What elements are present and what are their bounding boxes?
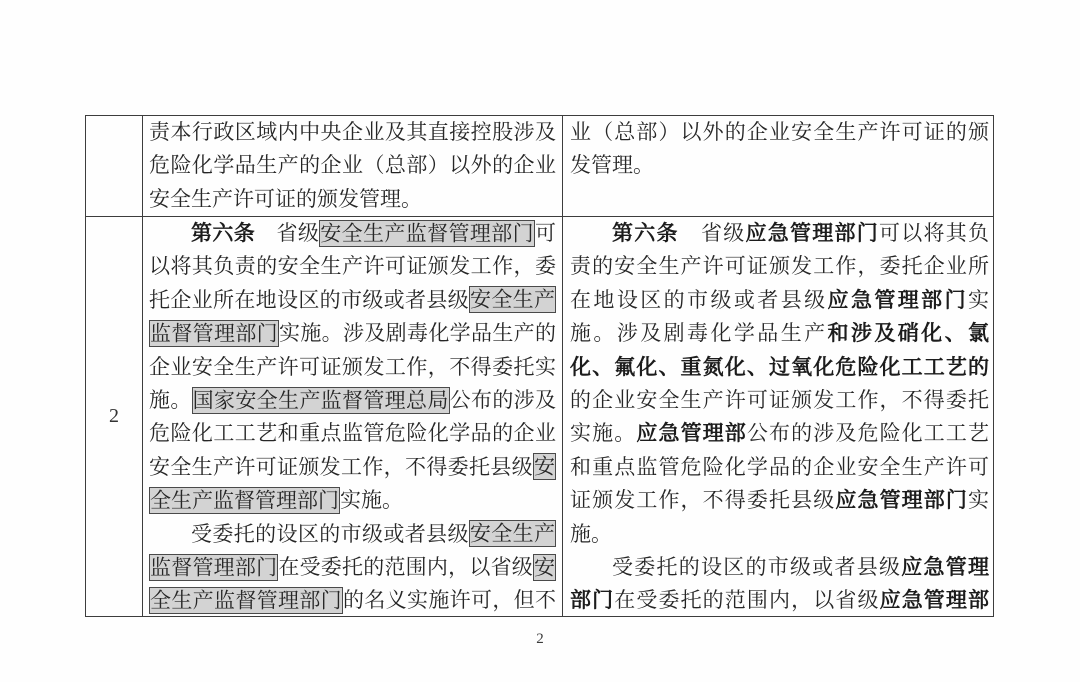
document-page: 责本行政区域内中央企业及其直接控股涉及危险化学品生产的企业（总部）以外的企业安全… — [0, 0, 1080, 682]
comparison-table: 责本行政区域内中央企业及其直接控股涉及危险化学品生产的企业（总部）以外的企业安全… — [85, 115, 994, 617]
highlighted-term: 安全生产监督管理部门 — [319, 220, 535, 247]
row-number-cell — [86, 116, 143, 216]
table-row: 2 第六条 省级安全生产监督管理部门可以将其负责的安全生产许可证颁发工作，委托企… — [86, 217, 993, 616]
bold-term: 第六条 — [191, 222, 255, 245]
paragraph: 责本行政区域内中央企业及其直接控股涉及危险化学品生产的企业（总部）以外的企业安全… — [149, 116, 556, 216]
text-segment: 受委托的设区的市级或者县级 — [612, 555, 901, 579]
new-regulation-text-cell: 第六条 省级应急管理部门可以将其负责的安全生产许可证颁发工作，委托企业所在地设区… — [563, 217, 993, 616]
bold-term: 应急管理部 — [636, 422, 747, 445]
text-segment: 省级 — [255, 221, 319, 245]
text-segment: 省级 — [679, 221, 746, 245]
bold-term: 应急管理部门 — [835, 489, 968, 512]
text-segment: 在受委托的范围内，以省级 — [614, 588, 879, 612]
old-regulation-text-cell: 第六条 省级安全生产监督管理部门可以将其负责的安全生产许可证颁发工作，委托企业所… — [143, 217, 563, 616]
paragraph: 受委托的设区的市级或者县级应急管理部门在受委托的范围内，以省级应急管理部门的名义… — [570, 551, 989, 616]
text-segment: 业（总部）以外的企业安全生产许可证的颁发管理。 — [570, 120, 989, 177]
page-number: 2 — [0, 631, 1080, 648]
bold-term: 第六条 — [612, 222, 679, 245]
new-regulation-text-cell: 业（总部）以外的企业安全生产许可证的颁发管理。 — [563, 116, 993, 216]
text-segment: 在受委托的范围内，以省级 — [278, 555, 533, 579]
highlighted-term: 国家安全生产监督管理总局 — [192, 387, 450, 414]
bold-term: 应急管理部门 — [828, 289, 968, 312]
row-number-cell: 2 — [86, 217, 143, 616]
paragraph: 第六条 省级安全生产监督管理部门可以将其负责的安全生产许可证颁发工作，委托企业所… — [149, 217, 556, 518]
paragraph: 第六条 省级应急管理部门可以将其负责的安全生产许可证颁发工作，委托企业所在地设区… — [570, 217, 989, 551]
table-row-continuation: 责本行政区域内中央企业及其直接控股涉及危险化学品生产的企业（总部）以外的企业安全… — [86, 116, 993, 217]
bold-term: 应急管理部门 — [746, 222, 880, 245]
text-segment: 实施。 — [340, 488, 403, 512]
paragraph: 业（总部）以外的企业安全生产许可证的颁发管理。 — [570, 116, 989, 183]
paragraph: 受委托的设区的市级或者县级安全生产监督管理部门在受委托的范围内，以省级安全生产监… — [149, 518, 556, 616]
text-segment: 受委托的设区的市级或者县级 — [191, 522, 469, 546]
text-segment: 责本行政区域内中央企业及其直接控股涉及危险化学品生产的企业（总部）以外的企业安全… — [149, 120, 556, 211]
old-regulation-text-cell: 责本行政区域内中央企业及其直接控股涉及危险化学品生产的企业（总部）以外的企业安全… — [143, 116, 563, 216]
